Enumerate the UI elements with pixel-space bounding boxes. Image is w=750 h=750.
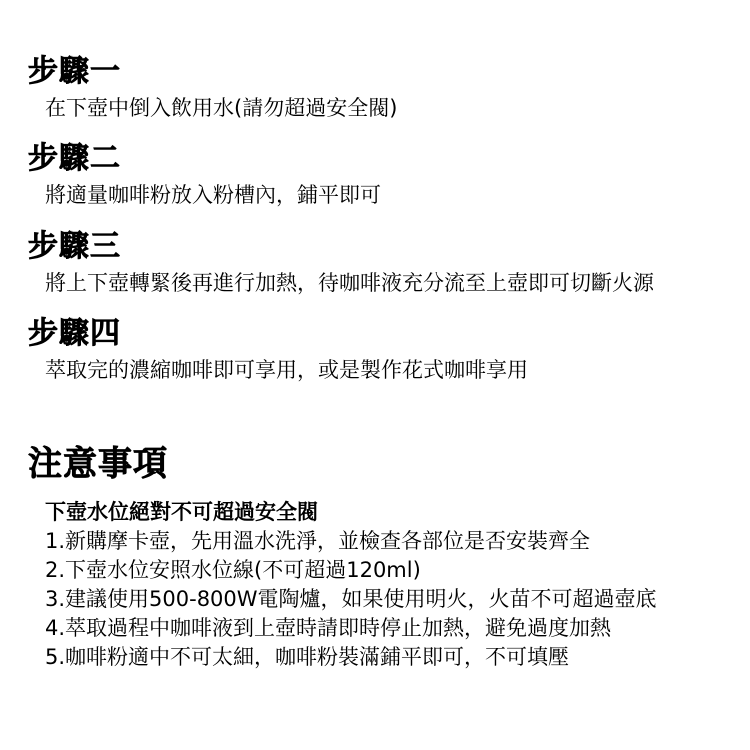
step-3-heading: 步驟三: [28, 230, 722, 263]
step-1-section: 步驟一 在下壺中倒入飲用水(請勿超過安全閥): [28, 55, 722, 122]
notice-item-1: 1.新購摩卡壺，先用溫水洗淨，並檢查各部位是否安裝齊全: [45, 527, 722, 556]
notice-item-2: 2.下壺水位安照水位線(不可超過120ml): [45, 556, 722, 585]
step-3-section: 步驟三 將上下壺轉緊後再進行加熱，待咖啡液充分流至上壺即可切斷火源: [28, 230, 722, 297]
notice-item-3: 3.建議使用500-800W電陶爐，如果使用明火，火苗不可超過壺底: [45, 585, 722, 614]
notice-section: 注意事項 下壺水位絕對不可超過安全閥 1.新購摩卡壺，先用溫水洗淨，並檢查各部位…: [28, 446, 722, 671]
notice-item-5: 5.咖啡粉適中不可太細，咖啡粉裝滿鋪平即可，不可填壓: [45, 643, 722, 672]
step-4-heading: 步驟四: [28, 317, 722, 350]
step-1-heading: 步驟一: [28, 55, 722, 88]
step-1-text: 在下壺中倒入飲用水(請勿超過安全閥): [45, 95, 722, 122]
notice-body: 下壺水位絕對不可超過安全閥 1.新購摩卡壺，先用溫水洗淨，並檢查各部位是否安裝齊…: [45, 498, 722, 672]
step-2-text: 將適量咖啡粉放入粉槽內，鋪平即可: [45, 182, 722, 209]
step-2-section: 步驟二 將適量咖啡粉放入粉槽內，鋪平即可: [28, 142, 722, 209]
notice-warning: 下壺水位絕對不可超過安全閥: [45, 498, 722, 527]
notice-heading: 注意事項: [28, 446, 722, 483]
step-3-text: 將上下壺轉緊後再進行加熱，待咖啡液充分流至上壺即可切斷火源: [45, 270, 722, 297]
step-4-text: 萃取完的濃縮咖啡即可享用，或是製作花式咖啡享用: [45, 357, 722, 384]
step-4-section: 步驟四 萃取完的濃縮咖啡即可享用，或是製作花式咖啡享用: [28, 317, 722, 384]
notice-item-4: 4.萃取過程中咖啡液到上壺時請即時停止加熱，避免過度加熱: [45, 614, 722, 643]
instructions-page: 步驟一 在下壺中倒入飲用水(請勿超過安全閥) 步驟二 將適量咖啡粉放入粉槽內，鋪…: [0, 0, 750, 750]
step-2-heading: 步驟二: [28, 142, 722, 175]
